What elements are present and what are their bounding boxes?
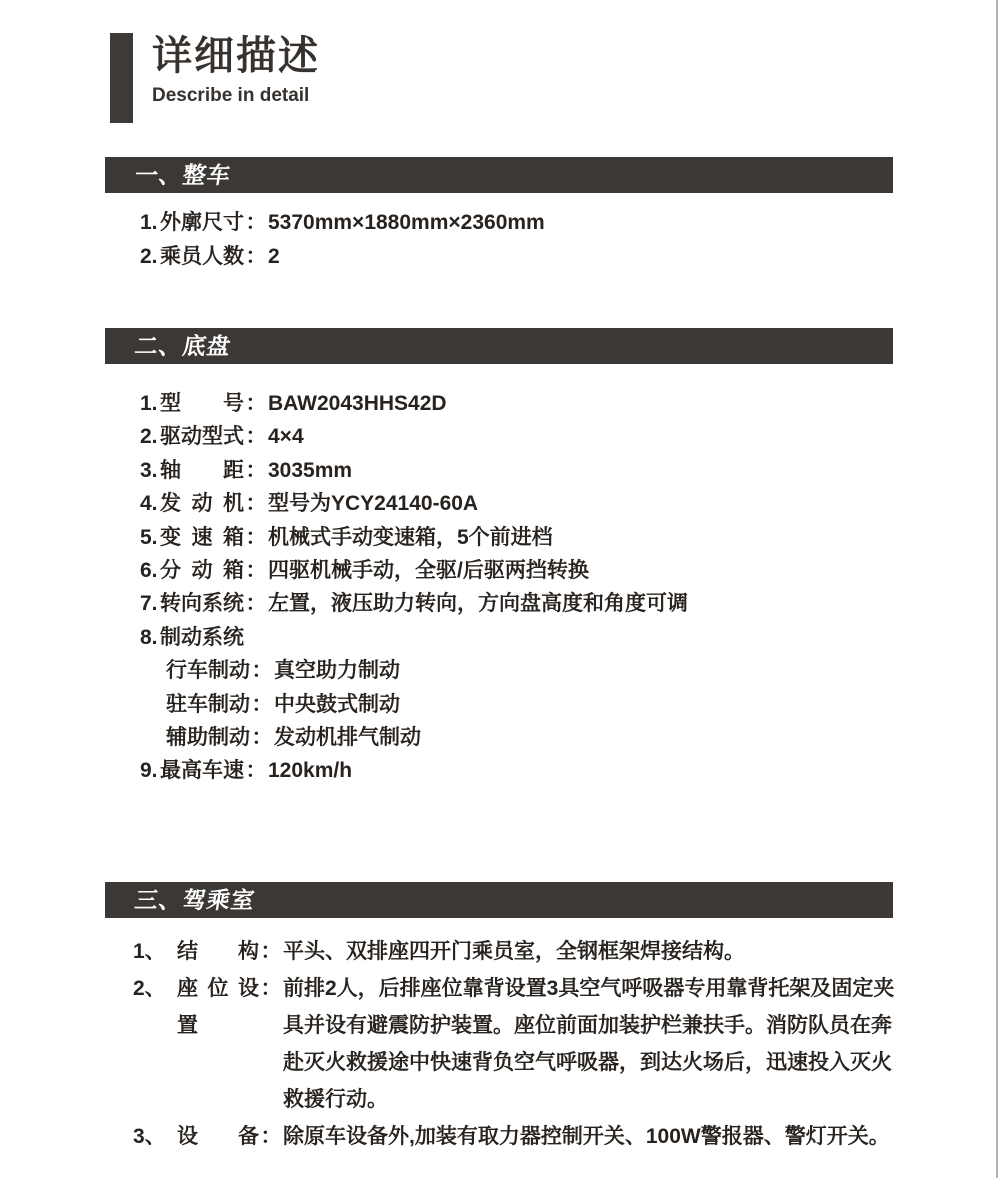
spec-item: 2、 座位设置 ： 前排2人，后排座位靠背设置3具空气呼吸器专用靠背托架及固定夹… <box>133 970 895 1118</box>
item-colon: ： <box>244 387 268 420</box>
item-value: 5370mm×1880mm×2360mm <box>268 206 895 240</box>
item-colon: ： <box>250 688 274 721</box>
spec-item: 1. 型号 ： BAW2043HHS42D <box>140 387 895 420</box>
section-header-vehicle-label: 一、整车 <box>132 157 234 193</box>
page-title-block: 详细描述 Describe in detail <box>110 33 320 123</box>
spec-item: 6. 分动箱 ： 四驱机械手动，全驱/后驱两挡转换 <box>140 554 895 587</box>
item-label: 变速箱 <box>160 521 244 554</box>
section-header-chassis-label: 二、底盘 <box>132 328 234 364</box>
section-header-cab: 三、驾乘室 <box>105 882 893 918</box>
item-value: 机械式手动变速箱，5个前进档 <box>268 521 895 554</box>
item-colon: ： <box>244 487 268 520</box>
spec-item: 5. 变速箱 ： 机械式手动变速箱，5个前进档 <box>140 521 895 554</box>
spec-item: 8. 制动系统 <box>140 621 895 654</box>
item-colon: ： <box>244 587 268 620</box>
item-number: 2. <box>140 240 160 274</box>
spec-item: 3. 轴距 ： 3035mm <box>140 454 895 487</box>
item-value: BAW2043HHS42D <box>268 387 895 420</box>
item-label: 座位设置 <box>177 970 259 1044</box>
item-value: 左置，液压助力转向，方向盘高度和角度可调 <box>268 587 895 620</box>
spec-item: 9. 最高车速 ： 120km/h <box>140 754 895 787</box>
item-label: 辅助制动 <box>166 721 250 754</box>
item-value: 4×4 <box>268 420 895 453</box>
item-label: 分动箱 <box>160 554 244 587</box>
item-value: 120km/h <box>268 754 895 787</box>
item-colon: ： <box>244 420 268 453</box>
item-label: 结构 <box>177 933 259 970</box>
item-label: 驻车制动 <box>166 688 250 721</box>
item-colon: ： <box>244 206 268 240</box>
section-chassis-list: 1. 型号 ： BAW2043HHS42D 2. 驱动型式 ： 4×4 3. 轴… <box>140 387 895 788</box>
item-value: 型号为YCY24140-60A <box>268 487 895 520</box>
item-colon: ： <box>244 554 268 587</box>
item-colon: ： <box>250 654 274 687</box>
item-colon: ： <box>259 1118 283 1155</box>
item-label: 行车制动 <box>166 654 250 687</box>
item-label: 驱动型式 <box>160 420 244 453</box>
document-page: 详细描述 Describe in detail 一、整车 1. 外廓尺寸 ： 5… <box>0 0 1000 1178</box>
spec-item: 2. 驱动型式 ： 4×4 <box>140 420 895 453</box>
item-number: 3、 <box>133 1118 177 1155</box>
item-number: 8. <box>140 621 160 654</box>
item-colon: ： <box>244 240 268 274</box>
item-number: 1. <box>140 387 160 420</box>
item-number: 6. <box>140 554 160 587</box>
spec-item: 4. 发动机 ： 型号为YCY24140-60A <box>140 487 895 520</box>
title-accent-bar <box>110 33 133 123</box>
item-number: 2、 <box>133 970 177 1007</box>
item-value: 真空助力制动 <box>274 654 895 687</box>
section-vehicle-list: 1. 外廓尺寸 ： 5370mm×1880mm×2360mm 2. 乘员人数 ：… <box>140 206 895 274</box>
item-number: 4. <box>140 487 160 520</box>
item-colon: ： <box>259 970 283 1007</box>
item-label: 设备 <box>177 1118 259 1155</box>
item-value: 中央鼓式制动 <box>274 688 895 721</box>
item-label: 外廓尺寸 <box>160 206 244 240</box>
item-colon: ： <box>244 454 268 487</box>
item-value: 发动机排气制动 <box>274 721 895 754</box>
item-label: 最高车速 <box>160 754 244 787</box>
spec-subitem: 行车制动 ： 真空助力制动 <box>140 654 895 687</box>
spec-item: 7. 转向系统 ： 左置，液压助力转向，方向盘高度和角度可调 <box>140 587 895 620</box>
item-number: 3. <box>140 454 160 487</box>
item-value: 四驱机械手动，全驱/后驱两挡转换 <box>268 554 895 587</box>
item-colon: ： <box>250 721 274 754</box>
page-edge-line <box>996 0 998 1178</box>
item-number: 2. <box>140 420 160 453</box>
item-number: 7. <box>140 587 160 620</box>
item-value: 3035mm <box>268 454 895 487</box>
item-label: 转向系统 <box>160 587 244 620</box>
item-value: 除原车设备外,加装有取力器控制开关、100W警报器、警灯开关。 <box>283 1118 895 1155</box>
item-value: 平头、双排座四开门乘员室，全钢框架焊接结构。 <box>283 933 895 970</box>
item-colon: ： <box>244 521 268 554</box>
spec-item: 2. 乘员人数 ： 2 <box>140 240 895 274</box>
item-colon: ： <box>259 933 283 970</box>
title-text-group: 详细描述 Describe in detail <box>152 33 320 106</box>
spec-item: 3、 设备 ： 除原车设备外,加装有取力器控制开关、100W警报器、警灯开关。 <box>133 1118 895 1155</box>
item-number: 9. <box>140 754 160 787</box>
item-value: 前排2人，后排座位靠背设置3具空气呼吸器专用靠背托架及固定夹具并设有避震防护装置… <box>283 970 895 1118</box>
item-value: 2 <box>268 240 895 274</box>
item-label: 乘员人数 <box>160 240 244 274</box>
page-subtitle: Describe in detail <box>152 85 320 106</box>
item-label: 制动系统 <box>160 621 244 654</box>
section-cab-list: 1、 结构 ： 平头、双排座四开门乘员室，全钢框架焊接结构。 2、 座位设置 ：… <box>133 933 895 1155</box>
item-label: 轴距 <box>160 454 244 487</box>
item-label: 型号 <box>160 387 244 420</box>
section-header-cab-label: 三、驾乘室 <box>132 882 258 918</box>
item-label: 发动机 <box>160 487 244 520</box>
spec-subitem: 辅助制动 ： 发动机排气制动 <box>140 721 895 754</box>
item-number: 1. <box>140 206 160 240</box>
section-header-vehicle: 一、整车 <box>105 157 893 193</box>
spec-item: 1. 外廓尺寸 ： 5370mm×1880mm×2360mm <box>140 206 895 240</box>
page-title: 详细描述 <box>152 33 320 79</box>
spec-item: 1、 结构 ： 平头、双排座四开门乘员室，全钢框架焊接结构。 <box>133 933 895 970</box>
item-colon: ： <box>244 754 268 787</box>
item-number: 1、 <box>133 933 177 970</box>
section-header-chassis: 二、底盘 <box>105 328 893 364</box>
item-number: 5. <box>140 521 160 554</box>
spec-subitem: 驻车制动 ： 中央鼓式制动 <box>140 688 895 721</box>
